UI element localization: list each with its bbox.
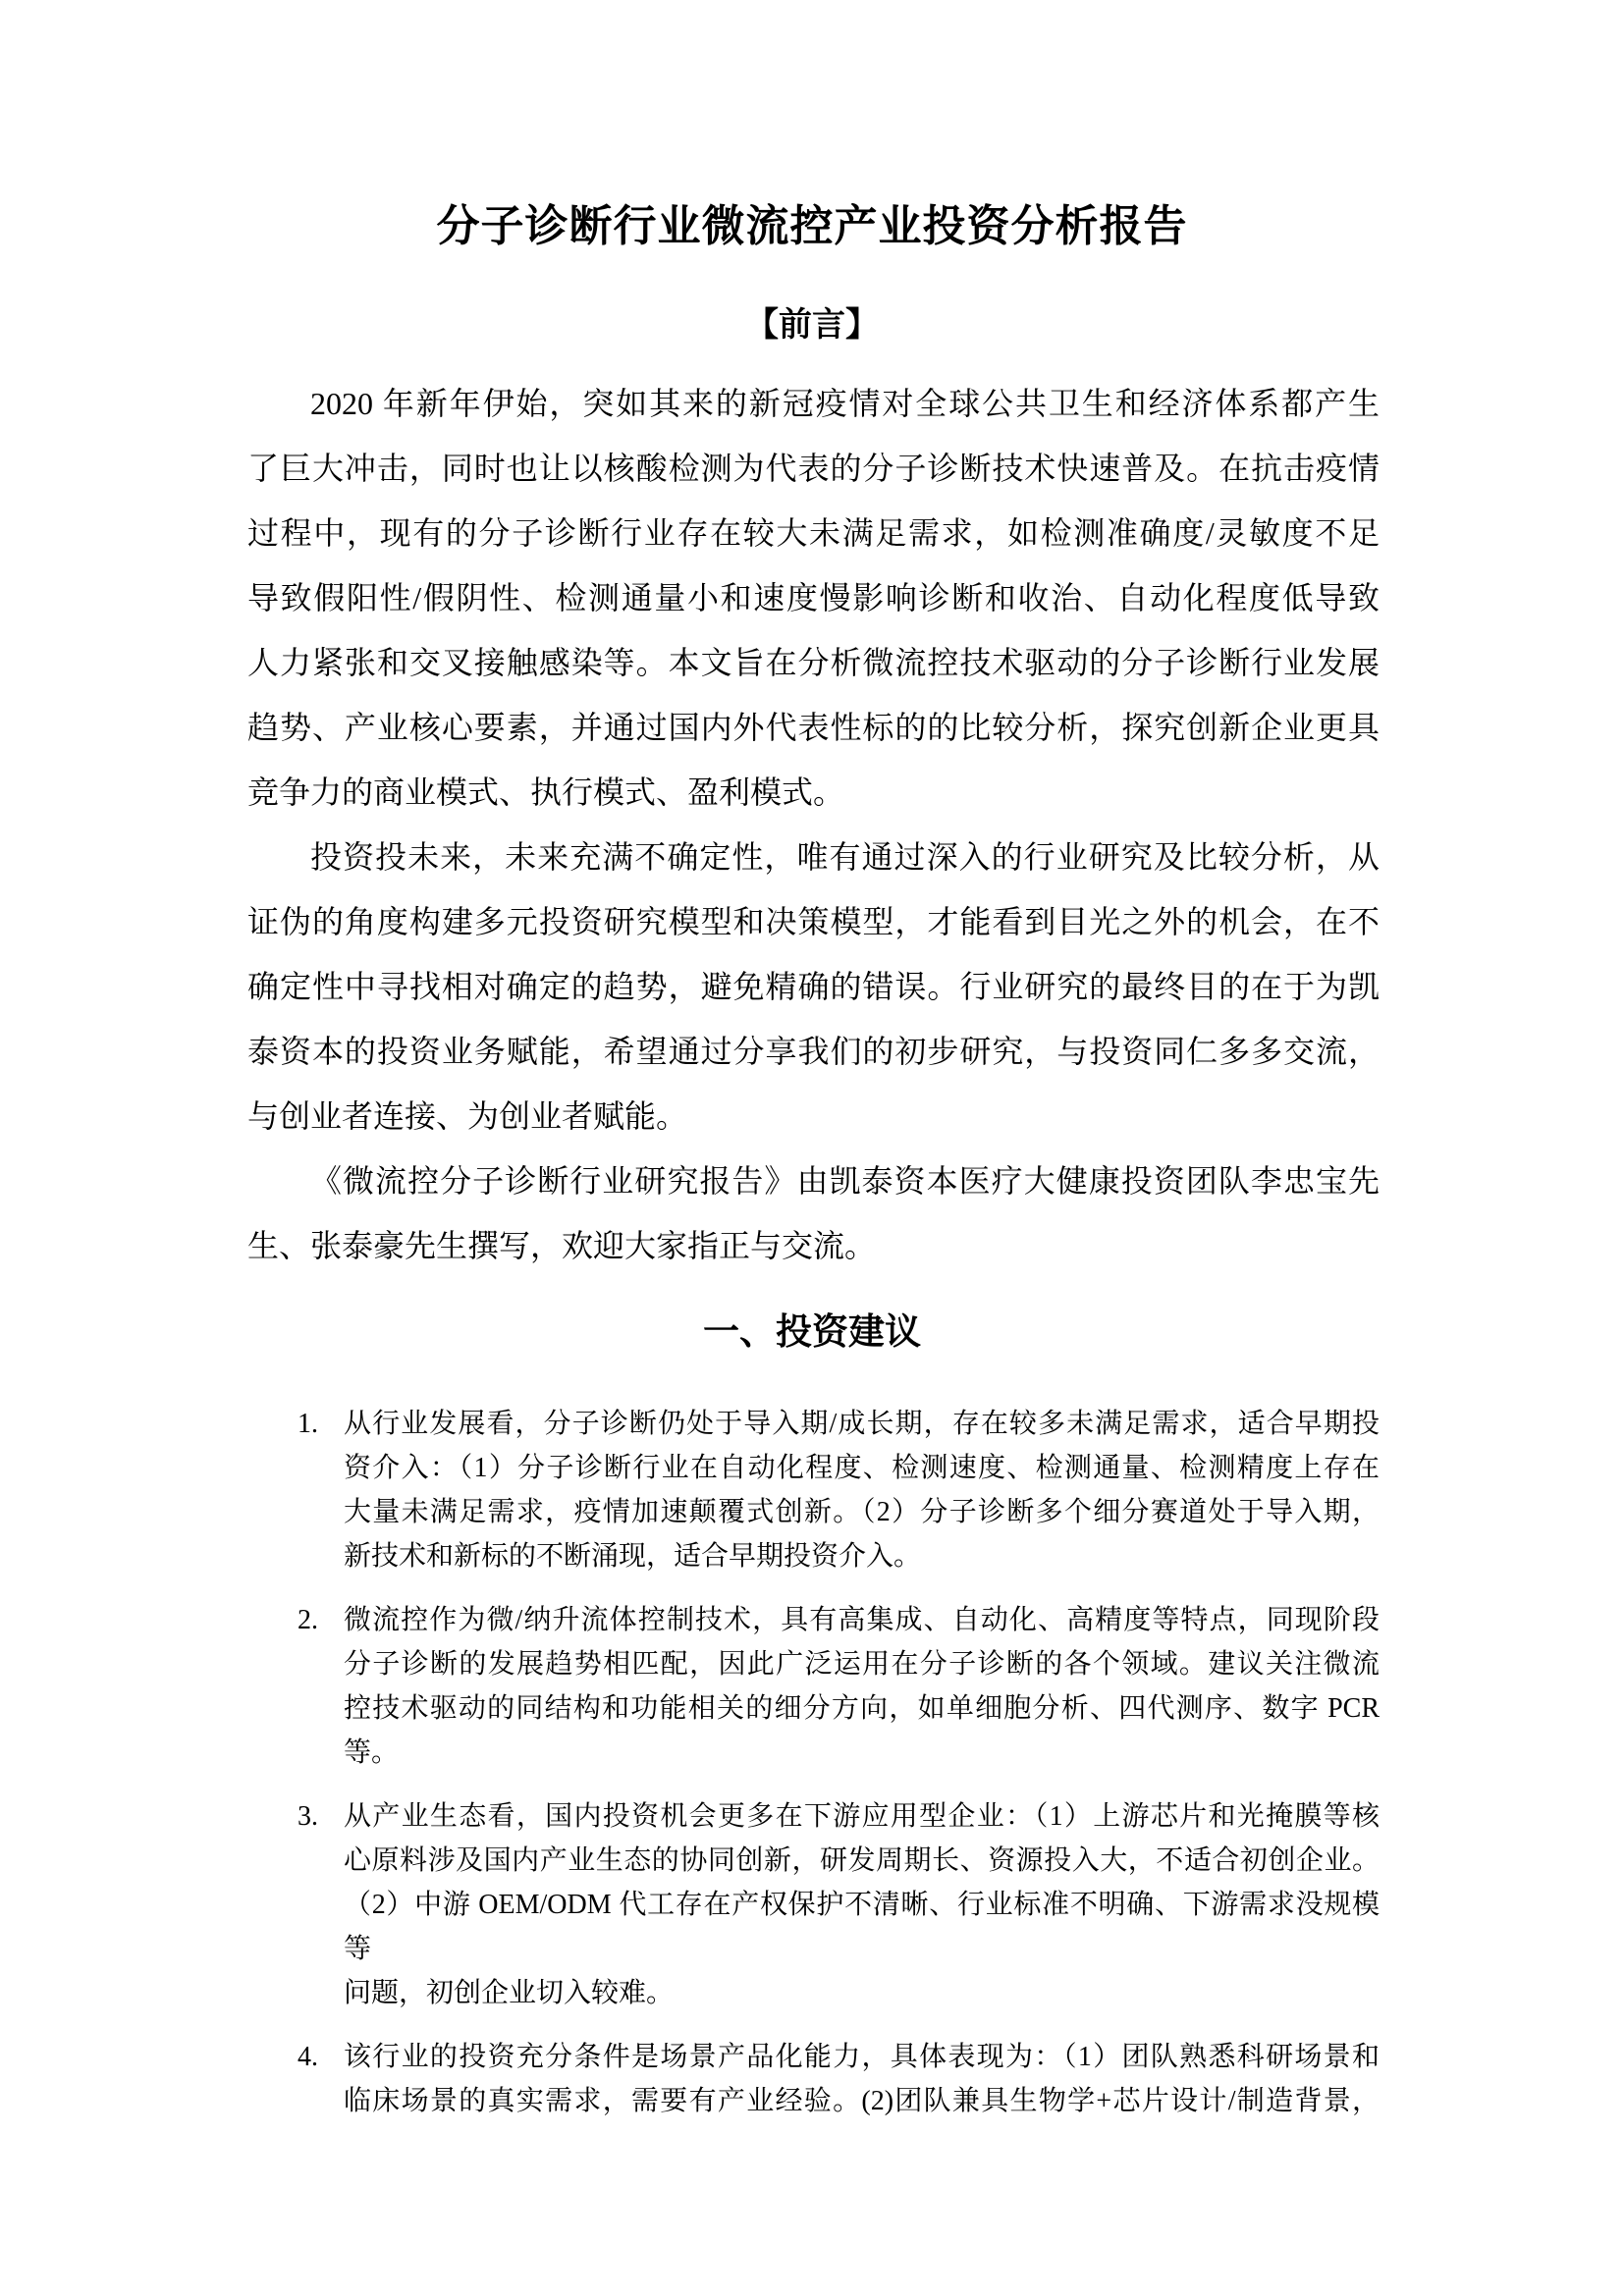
investment-advice-list: 1.从行业发展看，分子诊断仍处于导入期/成长期，存在较多未满足需求，适合早期投资… [298,1402,1380,2143]
preface-paragraph: 2020 年新年伊始，突如其来的新冠疫情对全球公共卫生和经济体系都产生了巨大冲击… [247,371,1380,825]
document-title: 分子诊断行业微流控产业投资分析报告 [0,199,1624,253]
text-line: 新技术和新标的不断涌现，适合早期投资介入。 [344,1534,1380,1578]
text-line: 从产业生态看，国内投资机会更多在下游应用型企业：（1）上游芯片和光掩膜等核 [344,1794,1380,1839]
text-line: 了巨大冲击，同时也让以核酸检测为代表的分子诊断技术快速普及。在抗击疫情 [247,436,1380,501]
list-number: 1. [298,1402,344,1578]
list-number: 4. [298,2035,344,2123]
advice-item-text: 从产业生态看，国内投资机会更多在下游应用型企业：（1）上游芯片和光掩膜等核心原料… [344,1794,1380,2015]
advice-item: 2.微流控作为微/纳升流体控制技术，具有高集成、自动化、高精度等特点，同现阶段分… [298,1598,1380,1775]
preface-paragraph: 投资投未来，未来充满不确定性，唯有通过深入的行业研究及比较分析，从证伪的角度构建… [247,825,1380,1148]
preface-body: 2020 年新年伊始，突如其来的新冠疫情对全球公共卫生和经济体系都产生了巨大冲击… [247,371,1380,1278]
text-line: 证伪的角度构建多元投资研究模型和决策模型，才能看到目光之外的机会，在不 [247,889,1380,954]
section-heading: 一、投资建议 [0,1311,1624,1355]
text-line: 导致假阳性/假阴性、检测通量小和速度慢影响诊断和收治、自动化程度低导致 [247,565,1380,630]
text-line: 确定性中寻找相对确定的趋势，避免精确的错误。行业研究的最终目的在于为凯 [247,954,1380,1019]
text-line: 2020 年新年伊始，突如其来的新冠疫情对全球公共卫生和经济体系都产生 [247,371,1380,436]
document-page: 分子诊断行业微流控产业投资分析报告 【前言】 2020 年新年伊始，突如其来的新… [0,0,1624,2296]
list-number: 3. [298,1794,344,2015]
text-line: 心原料涉及国内产业生态的协同创新，研发周期长、资源投入大，不适合初创企业。 [344,1839,1380,1883]
text-line: 与创业者连接、为创业者赋能。 [247,1084,1380,1148]
advice-item: 4.该行业的投资充分条件是场景产品化能力，具体表现为：（1）团队熟悉科研场景和临… [298,2035,1380,2123]
preface-heading: 【前言】 [0,306,1624,347]
text-line: 问题，初创企业切入较难。 [344,1971,1380,2015]
advice-item-text: 从行业发展看，分子诊断仍处于导入期/成长期，存在较多未满足需求，适合早期投资介入… [344,1402,1380,1578]
text-line: 竞争力的商业模式、执行模式、盈利模式。 [247,760,1380,825]
text-line: 分子诊断的发展趋势相匹配，因此广泛运用在分子诊断的各个领域。建议关注微流 [344,1642,1380,1686]
text-line: 生、张泰豪先生撰写，欢迎大家指正与交流。 [247,1213,1380,1278]
text-line: 临床场景的真实需求，需要有产业经验。(2)团队兼具生物学+芯片设计/制造背景， [344,2079,1380,2123]
text-line: 控技术驱动的同结构和功能相关的细分方向，如单细胞分析、四代测序、数字 PCR [344,1686,1380,1731]
list-number: 2. [298,1598,344,1775]
advice-item-text: 该行业的投资充分条件是场景产品化能力，具体表现为：（1）团队熟悉科研场景和临床场… [344,2035,1380,2123]
text-line: 微流控作为微/纳升流体控制技术，具有高集成、自动化、高精度等特点，同现阶段 [344,1598,1380,1642]
text-line: 过程中，现有的分子诊断行业存在较大未满足需求，如检测准确度/灵敏度不足 [247,501,1380,565]
advice-item: 1.从行业发展看，分子诊断仍处于导入期/成长期，存在较多未满足需求，适合早期投资… [298,1402,1380,1578]
text-line: （2）中游 OEM/ODM 代工存在产权保护不清晰、行业标准不明确、下游需求没规… [344,1883,1380,1971]
text-line: 《微流控分子诊断行业研究报告》由凯泰资本医疗大健康投资团队李忠宝先 [247,1148,1380,1213]
preface-paragraph: 《微流控分子诊断行业研究报告》由凯泰资本医疗大健康投资团队李忠宝先生、张泰豪先生… [247,1148,1380,1278]
advice-item-text: 微流控作为微/纳升流体控制技术，具有高集成、自动化、高精度等特点，同现阶段分子诊… [344,1598,1380,1775]
text-line: 人力紧张和交叉接触感染等。本文旨在分析微流控技术驱动的分子诊断行业发展 [247,630,1380,695]
text-line: 趋势、产业核心要素，并通过国内外代表性标的的比较分析，探究创新企业更具 [247,695,1380,760]
text-line: 投资投未来，未来充满不确定性，唯有通过深入的行业研究及比较分析，从 [247,825,1380,889]
advice-item: 3.从产业生态看，国内投资机会更多在下游应用型企业：（1）上游芯片和光掩膜等核心… [298,1794,1380,2015]
text-line: 资介入：（1）分子诊断行业在自动化程度、检测速度、检测通量、检测精度上存在 [344,1446,1380,1490]
text-line: 泰资本的投资业务赋能，希望通过分享我们的初步研究，与投资同仁多多交流， [247,1019,1380,1084]
text-line: 大量未满足需求，疫情加速颠覆式创新。（2）分子诊断多个细分赛道处于导入期， [344,1490,1380,1534]
text-line: 从行业发展看，分子诊断仍处于导入期/成长期，存在较多未满足需求，适合早期投 [344,1402,1380,1446]
text-line: 等。 [344,1731,1380,1775]
text-line: 该行业的投资充分条件是场景产品化能力，具体表现为：（1）团队熟悉科研场景和 [344,2035,1380,2079]
